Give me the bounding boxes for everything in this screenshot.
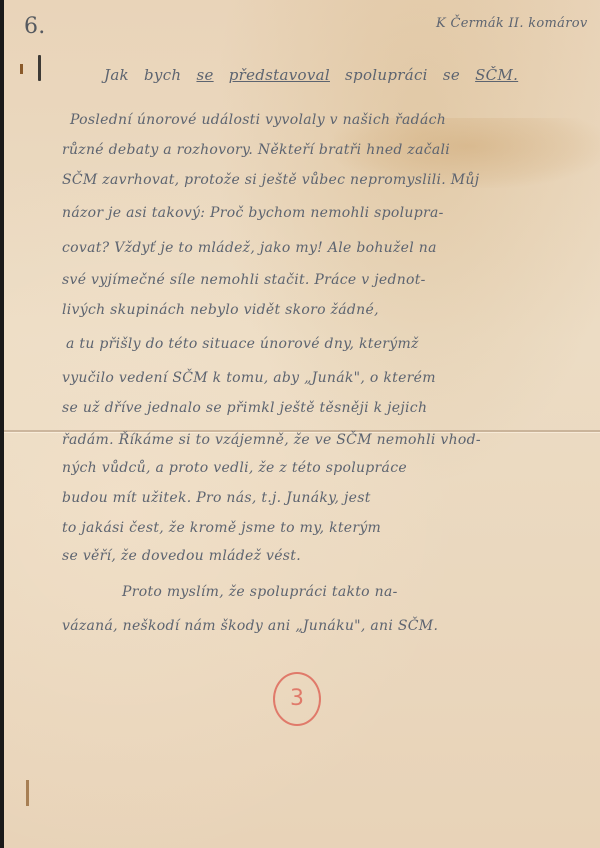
title-word: SČM. — [475, 66, 518, 84]
title-word: se — [196, 66, 213, 84]
body-line: covat? Vždyť je to mládež, jako my! Ale … — [62, 240, 437, 256]
body-line: své vyjímečné síle nemohli stačit. Práce… — [62, 272, 426, 288]
title-word: bych — [144, 66, 181, 84]
title-word: spolupráci — [345, 66, 428, 84]
page-number: 6. — [24, 14, 46, 39]
body-line: Proto myslím, že spolupráci takto na- — [122, 584, 398, 600]
author-line: K Čermák II. komárov — [436, 16, 588, 31]
body-line: se už dříve jednalo se přimkl ještě těsn… — [62, 400, 427, 416]
document-page: 6. K Čermák II. komárov Jak bych se před… — [4, 0, 600, 848]
body-line: a tu přišly do této situace únorové dny,… — [66, 336, 419, 352]
body-line: Poslední únorové události vyvolaly v naš… — [70, 112, 446, 128]
body-line: vázaná, neškodí nám škody ani „Junáku", … — [62, 618, 438, 634]
body-line: řadám. Říkáme si to vzájemně, že ve SČM … — [62, 432, 481, 448]
page-stamp: 3 — [273, 672, 321, 726]
body-line: ných vůdců, a proto vedli, že z této spo… — [62, 460, 407, 476]
rust-mark — [26, 780, 29, 806]
body-line: SČM zavrhovat, protože si ještě vůbec ne… — [62, 172, 479, 188]
rust-mark — [20, 64, 23, 74]
title-word: představoval — [229, 66, 330, 84]
body-line: se věří, že dovedou mládež vést. — [62, 548, 301, 564]
body-line: livých skupinách nebylo vidět skoro žádn… — [62, 302, 379, 318]
title-word: se — [443, 66, 460, 84]
margin-mark — [38, 55, 41, 81]
title-word: Jak — [104, 66, 129, 84]
body-line: vyučilo vedení SČM k tomu, aby „Junák", … — [62, 370, 436, 386]
body-line: to jakási čest, že kromě jsme to my, kte… — [62, 520, 381, 536]
body-line: různé debaty a rozhovory. Někteří bratři… — [62, 142, 450, 158]
body-line: názor je asi takový: Proč bychom nemohli… — [62, 205, 444, 221]
body-line: budou mít užitek. Pro nás, t.j. Junáky, … — [62, 490, 371, 506]
document-title: Jak bych se představoval spolupráci se S… — [104, 66, 518, 84]
